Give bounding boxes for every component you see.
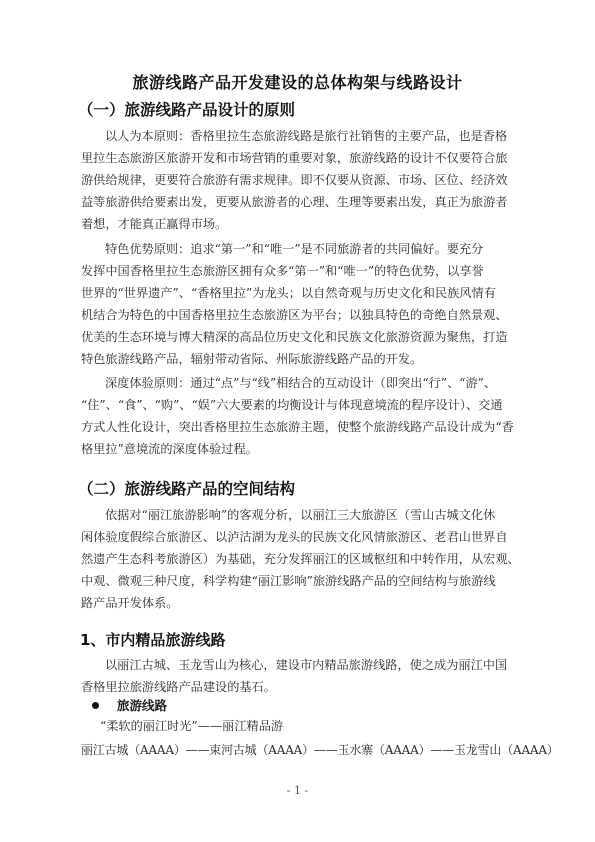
paragraph-city-routes: 以丽江古城、玉龙雪山为核心，建设市内精品旅游线路，使之成为丽江中国 香格里拉旅游… [81,654,517,698]
text-line: “住”、“食”、“购”、“娱”六大要素的均衡设计与体现意境流的程序设计）、交通 [81,394,517,416]
text-line: 以丽江古城、玉龙雪山为核心，建设市内精品旅游线路，使之成为丽江中国 [81,654,517,676]
paragraph-people-oriented-principle: 以人为本原则：香格里拉生态旅游线路是旅行社销售的主要产品，也是香格 里拉生态旅游… [81,125,517,235]
text-line: 路产品开发体系。 [81,592,517,614]
paragraph-distinctive-advantage-principle: 特色优势原则：追求“第一”和“唯一”是不同旅游者的共同偏好。要充分 发挥中国香格… [81,238,517,370]
text-line: 闲体验度假综合旅游区、以泸沽湖为龙头的民族文化风情旅游区、老君山世界自 [81,526,517,548]
text-line: 游供给规律，更要符合旅游有需求规律。即不仅要从资源、市场、区位、经济效 [81,169,517,191]
section-heading-design-principles: （一）旅游线路产品设计的原则 [78,98,295,120]
bullet-dot-icon [92,702,99,709]
text-line: 里拉生态旅游区旅游开发和市场营销的重要对象，旅游线路的设计不仅要符合旅 [81,147,517,169]
bullet-item-tour-routes: 旅游线路 [92,696,167,714]
text-line: 依据对“丽江旅游影响”的客观分析，以丽江三大旅游区（雪山古城文化休 [81,504,517,526]
document-page: 旅游线路产品开发建设的总体构架与线路设计 （一）旅游线路产品设计的原则 以人为本… [0,0,595,842]
text-line: 格里拉”意境流的深度体验过程。 [81,438,517,460]
text-line: 优美的生态环境与博大精深的高品位历史文化和民族文化旅游资源为聚焦，打造 [81,326,517,348]
subsection-heading-city-routes: 1、市内精品旅游线路 [80,629,225,650]
route-path: 丽江古城（AAAA）——束河古城（AAAA）——玉水寨（AAAA）——玉龙雪山（… [81,741,559,758]
text-line: 特色旅游线路产品，辐射带动省际、州际旅游线路产品的开发。 [81,348,517,370]
paragraph-spatial-structure: 依据对“丽江旅游影响”的客观分析，以丽江三大旅游区（雪山古城文化休 闲体验度假综… [81,504,517,614]
text-line: 益等旅游供给要素出发，更要从旅游者的心理、生理等要素出发，真正为旅游者 [81,191,517,213]
text-line: 机结合为特色的中国香格里拉生态旅游区为平台；以独具特色的奇绝自然景观、 [81,304,517,326]
page-number: - 1 - [0,784,595,797]
text-line: 然遗产生态科考旅游区）为基础，充分发挥丽江的区域枢纽和中转作用，从宏观、 [81,548,517,570]
route-name: “柔软的丽江时光”——丽江精品游 [100,717,283,734]
section-heading-spatial-structure: （二）旅游线路产品的空间结构 [78,477,295,499]
text-line: 发挥中国香格里拉生态旅游区拥有众多“第一”和“唯一”的特色优势，以享誉 [81,260,517,282]
text-line: 特色优势原则：追求“第一”和“唯一”是不同旅游者的共同偏好。要充分 [81,238,517,260]
text-line: 深度体验原则：通过“点”与“线”相结合的互动设计（即突出“行”、“游”、 [81,372,517,394]
text-line: 世界的“世界遗产”、“香格里拉”为龙头；以自然奇观与历史文化和民族风情有 [81,282,517,304]
text-line: 方式人性化设计，突出香格里拉生态旅游主题，使整个旅游线路产品设计成为“香 [81,416,517,438]
text-line: 着想，才能真正赢得市场。 [81,213,517,235]
text-line: 中观、微观三种尺度，科学构建“丽江影响”旅游线路产品的空间结构与旅游线 [81,570,517,592]
bullet-label: 旅游线路 [117,696,167,714]
document-title: 旅游线路产品开发建设的总体构架与线路设计 [0,70,595,93]
text-line: 以人为本原则：香格里拉生态旅游线路是旅行社销售的主要产品，也是香格 [81,125,517,147]
text-line: 香格里拉旅游线路产品建设的基石。 [81,676,517,698]
paragraph-deep-experience-principle: 深度体验原则：通过“点”与“线”相结合的互动设计（即突出“行”、“游”、 “住”… [81,372,517,460]
